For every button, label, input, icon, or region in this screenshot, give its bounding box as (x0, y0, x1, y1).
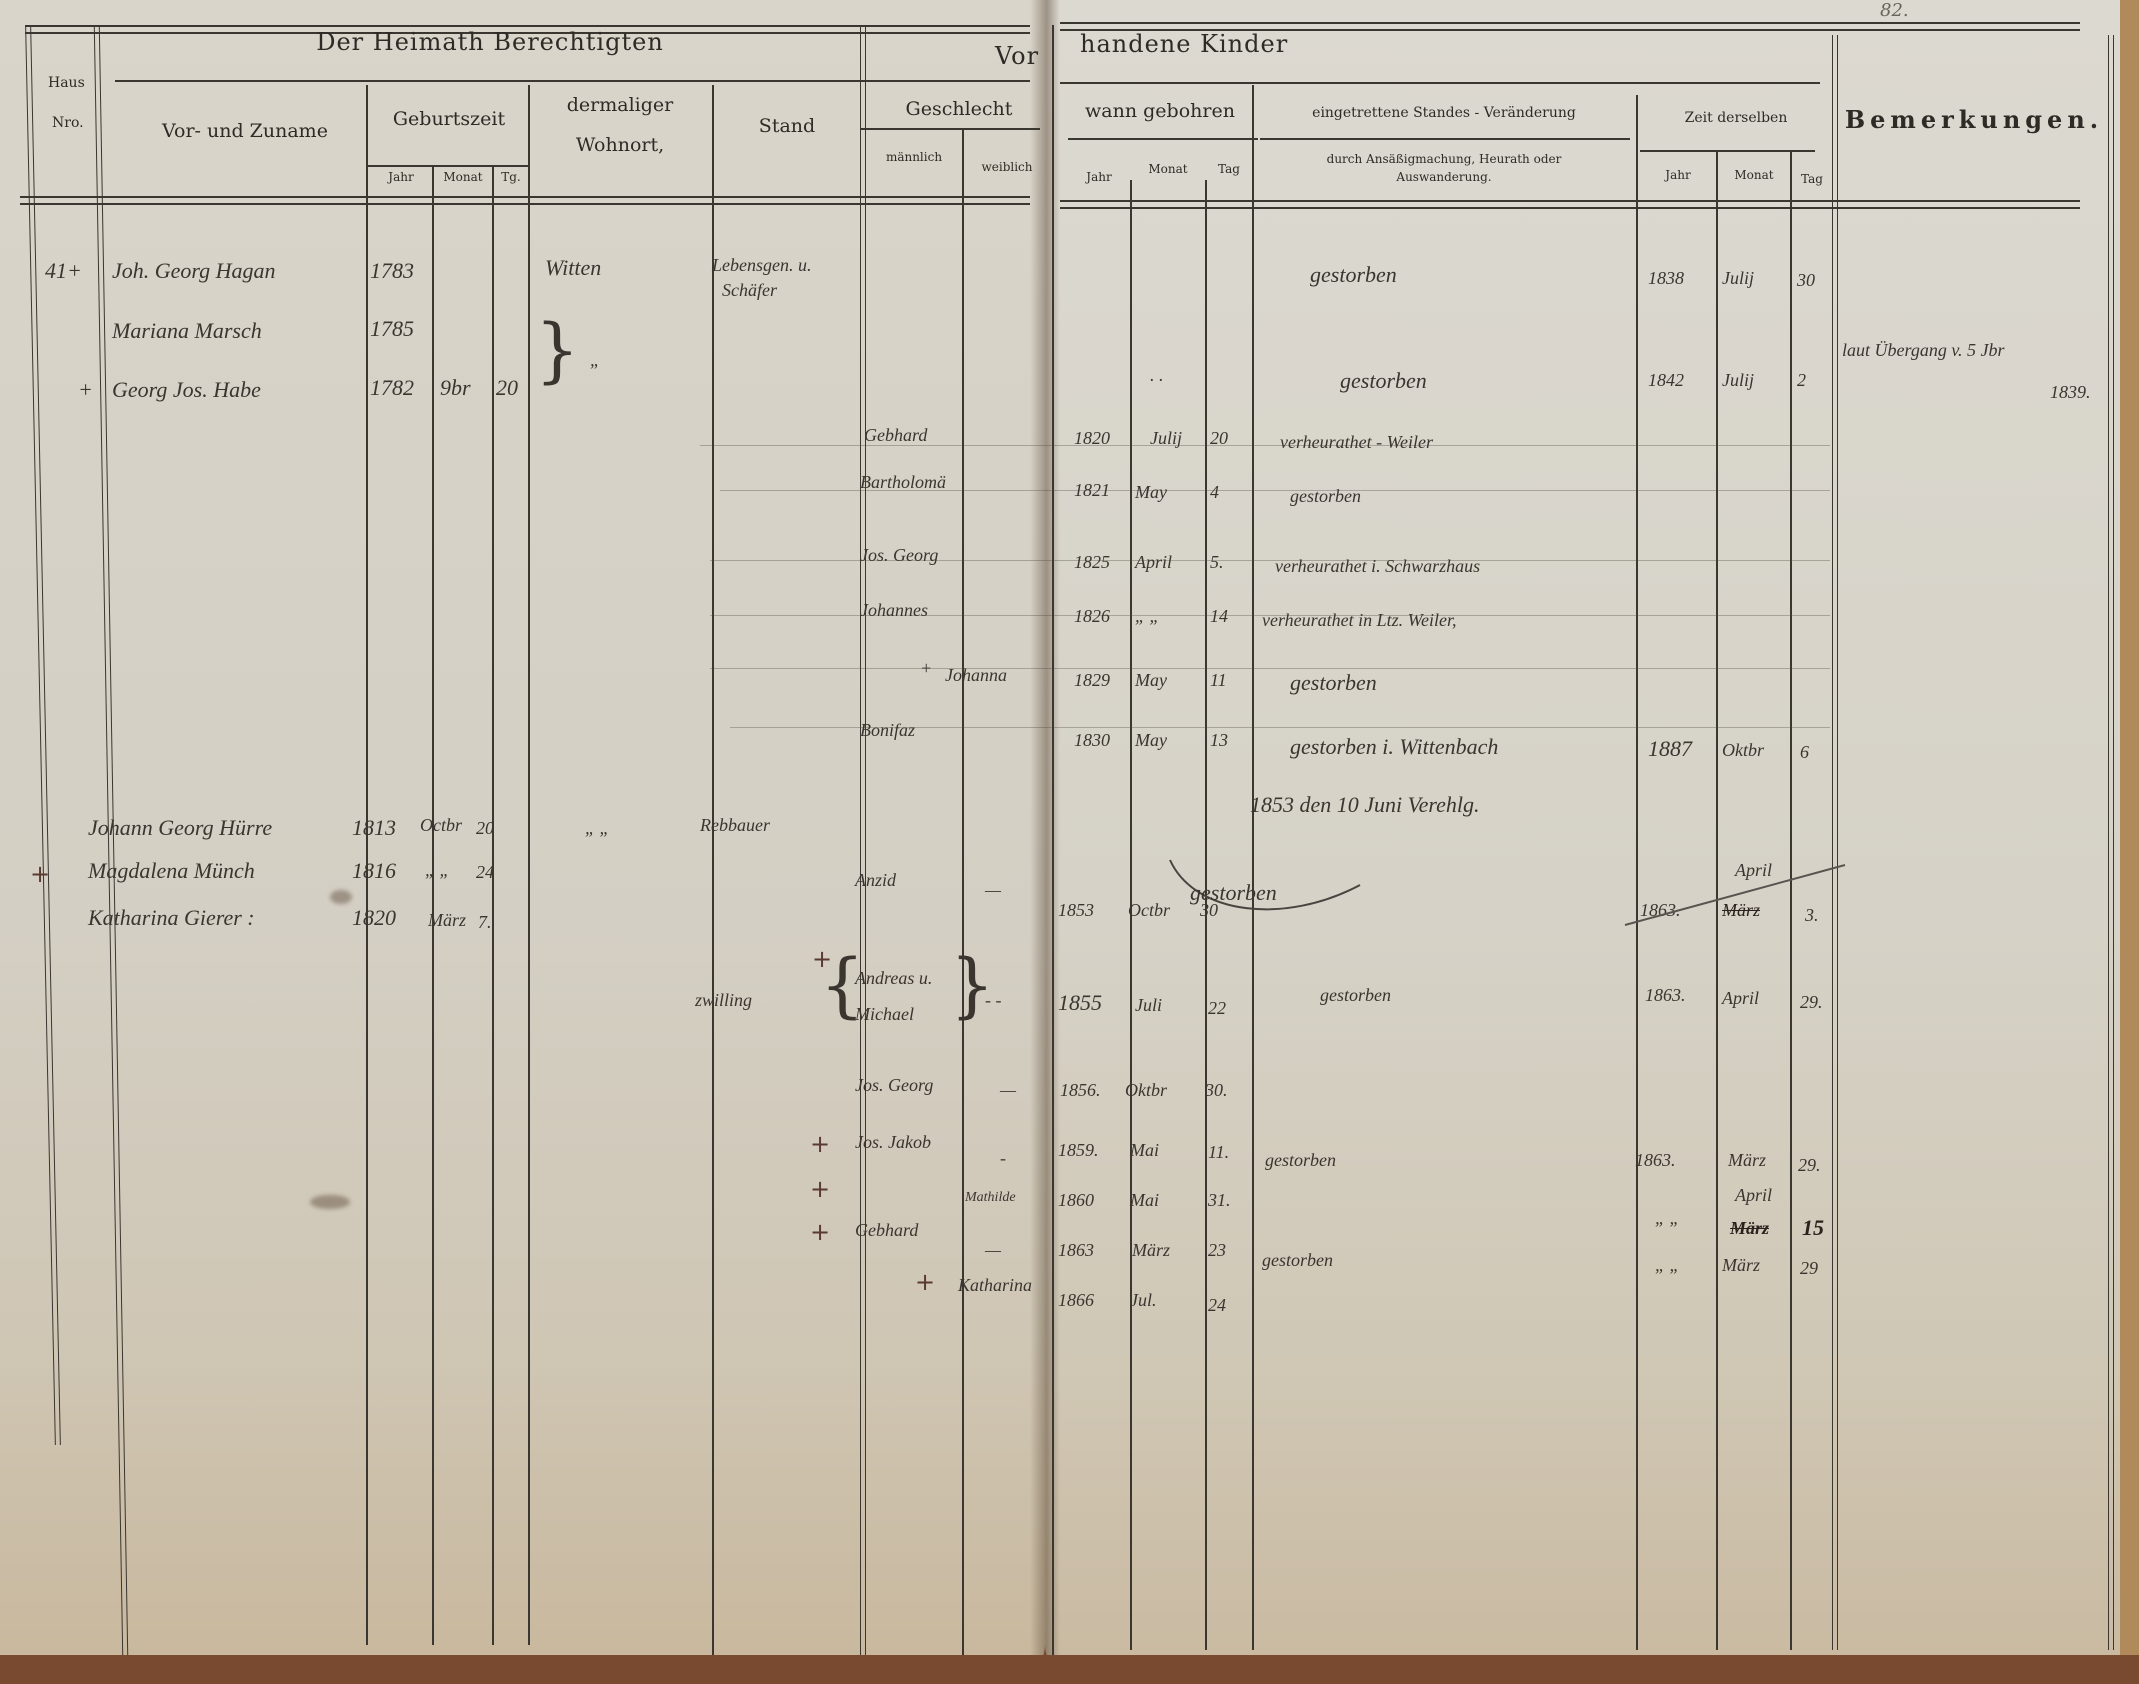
header-haus: Haus (48, 75, 85, 91)
change-day: 2 (1797, 370, 1806, 391)
child-day: 24 (1208, 1295, 1226, 1316)
child-day: 23 (1208, 1240, 1226, 1261)
change-year: 1838 (1648, 268, 1684, 289)
wohnort-ditto: „ „ (585, 818, 610, 839)
child-dash: — (985, 880, 1001, 901)
child-month: Jul. (1130, 1290, 1157, 1311)
change-month: Julij (1722, 370, 1754, 391)
parent-year: 1782 (370, 375, 414, 401)
child-male: Jos. Georg (860, 545, 938, 566)
stand: Rebbauer (700, 815, 770, 836)
parent-year: 1783 (370, 258, 414, 284)
geschlecht-subrule (860, 128, 1040, 130)
child-month: Juli (1135, 995, 1162, 1016)
child-month: April (1135, 552, 1172, 573)
right-title-vor: Vor (995, 42, 1039, 70)
column-tag (528, 85, 530, 1645)
child-month: Julij (1150, 428, 1182, 449)
child-month: May (1135, 482, 1167, 503)
header-veraenderung-sub-2: Auswanderung. (1256, 170, 1632, 184)
header-veraenderung-sub-1: durch Ansäßigmachung, Heurath oder (1256, 152, 1632, 166)
book-gutter (1030, 0, 1060, 1684)
stand-line-2: Schäfer (722, 280, 777, 301)
page-number: 82. (1880, 0, 1909, 21)
child-day: 11 (1210, 670, 1227, 691)
parent-month: „ „ (425, 860, 450, 881)
child-month: März (1132, 1240, 1170, 1261)
child-month: Oktbr (1125, 1080, 1167, 1101)
child-change: verheurathet in Ltz. Weiler, (1262, 610, 1457, 631)
change-year: 1863. (1645, 985, 1686, 1006)
child-month: May (1135, 670, 1167, 691)
wohnort: Witten (545, 255, 601, 281)
child-male-twins: Andreas u. Michael (855, 960, 955, 1032)
child-male: Jos. Jakob (855, 1132, 931, 1153)
veraenderung-subrule (1260, 138, 1630, 140)
child-day: 31. (1208, 1190, 1231, 1211)
header-wohnort-2: Wohnort, (530, 134, 710, 156)
change-day: 29 (1800, 1258, 1818, 1279)
parent-year: 1813 (352, 815, 396, 841)
pencil-rule (710, 668, 1830, 669)
death-mark: + (915, 1268, 935, 1296)
child-dash: - (1000, 1148, 1006, 1169)
column-monat (492, 165, 494, 1645)
child-month: May (1135, 730, 1167, 751)
child-dash: - - (985, 990, 1002, 1011)
parent-month: 9br (440, 375, 471, 401)
child-change: gestorben i. Wittenbach (1290, 734, 1498, 760)
ink-stain (330, 890, 352, 904)
child-change: verheurathet - Weiler (1280, 432, 1433, 453)
child-male: Gebhard (864, 425, 927, 446)
change-year: 1863. (1635, 1150, 1676, 1171)
column-stand (860, 25, 866, 1655)
header-kind-monat: Monat (1132, 162, 1204, 176)
child-change: gestorben (1290, 670, 1377, 696)
left-page-title: Der Heimath Berechtigten (290, 28, 690, 56)
child-year: 1859. (1058, 1140, 1099, 1161)
header-geb-jahr: Jahr (370, 170, 432, 184)
child-month: Mai (1130, 1140, 1159, 1161)
child-month: Mai (1130, 1190, 1159, 1211)
marriage-note: 1853 den 10 Juni Verehlg. (1250, 792, 1480, 818)
change-day: 6 (1800, 742, 1809, 763)
ditto-marks: . . (1150, 365, 1164, 386)
change-month: März (1728, 1150, 1766, 1171)
header-zeit-jahr: Jahr (1640, 168, 1716, 182)
header-wann-gebohren: wann gebohren (1070, 100, 1250, 122)
parent-day: 20 (496, 375, 518, 401)
change-day: 15 (1802, 1215, 1824, 1241)
parent-name: Katharina Gierer : (88, 905, 255, 931)
child-year: 1863 (1058, 1240, 1094, 1261)
header-geschlecht: Geschlecht (866, 98, 1052, 120)
child-year: 1829 (1074, 670, 1110, 691)
header-kind-jahr: Jahr (1070, 170, 1128, 184)
child-day: 30. (1205, 1080, 1228, 1101)
strike-line (1620, 860, 1850, 930)
parent-change: gestorben (1310, 262, 1397, 288)
bemerkung-line-1: laut Übergang v. 5 Jbr (1842, 340, 2004, 361)
parent-change: gestorben (1340, 368, 1427, 394)
right-page-title: handene Kinder (1080, 30, 1288, 58)
change-month: April (1735, 1185, 1772, 1206)
change-month: Julij (1722, 268, 1754, 289)
header-bottom-rule-right (1060, 200, 2080, 209)
parent-year: 1820 (352, 905, 396, 931)
child-day: 14 (1210, 606, 1228, 627)
child-dash: — (1000, 1080, 1016, 1101)
zeit-subrule (1640, 150, 1815, 152)
column-border-right (2108, 35, 2114, 1650)
death-mark: + (810, 1218, 830, 1246)
header-nro: Nro. (52, 115, 84, 131)
parent-year: 1816 (352, 858, 396, 884)
child-change: gestorben (1190, 880, 1277, 906)
bemerkung-line-2: 1839. (2050, 382, 2091, 403)
change-year: „ „ (1655, 1255, 1680, 1276)
child-year: 1853 (1058, 900, 1094, 921)
child-dash: — (985, 1240, 1001, 1261)
parent-name: Johann Georg Hürre (88, 815, 272, 841)
child-change: verheurathet i. Schwarzhaus (1275, 556, 1480, 577)
child-day: 4 (1210, 482, 1219, 503)
change-month: Oktbr (1722, 740, 1764, 761)
child-year: 1856. (1060, 1080, 1101, 1101)
parent-day: 24 (476, 862, 494, 883)
header-geb-monat: Monat (434, 170, 492, 184)
child-year: 1866 (1058, 1290, 1094, 1311)
death-mark: + (810, 1130, 830, 1158)
child-month: Octbr (1128, 900, 1170, 921)
column-zeit-tag (1832, 35, 1838, 1650)
header-zeit-derselben: Zeit derselben (1640, 110, 1832, 126)
header-maennlich: männlich (866, 150, 962, 164)
change-month: April (1722, 988, 1759, 1009)
twins-label: zwilling (695, 990, 752, 1011)
header-bottom-rule-left (20, 196, 1030, 205)
table-surface (0, 1655, 2139, 1684)
child-change: gestorben (1320, 985, 1391, 1006)
death-mark: + (920, 658, 932, 679)
haus-nr: 41+ (45, 258, 82, 284)
child-year: 1821 (1074, 480, 1110, 501)
header-subrule-left (115, 80, 1030, 82)
child-year: 1820 (1074, 428, 1110, 449)
cross-mark: + (30, 860, 50, 888)
child-year: 1855 (1058, 990, 1102, 1016)
child-change: gestorben (1290, 486, 1361, 507)
change-year: 1842 (1648, 370, 1684, 391)
child-year: 1826 (1074, 606, 1110, 627)
child-day: 5. (1210, 552, 1224, 573)
child-month: „ „ (1135, 606, 1160, 627)
wann-gebohren-subrule (1068, 138, 1258, 140)
header-zeit-tag: Tag (1792, 172, 1832, 186)
parent-name: Mariana Marsch (112, 318, 262, 344)
parent-name: Georg Jos. Habe (112, 377, 261, 403)
child-day: 20 (1210, 428, 1228, 449)
header-kind-tag: Tag (1207, 162, 1251, 176)
child-male: Jos. Georg (855, 1075, 933, 1096)
geburtszeit-subrule (368, 165, 528, 167)
child-male: Johannes (860, 600, 928, 621)
child-day: 22 (1208, 998, 1226, 1019)
child-year: 1830 (1074, 730, 1110, 751)
parent-day: 7. (478, 912, 492, 933)
change-day: 29. (1800, 992, 1823, 1013)
child-year: 1825 (1074, 552, 1110, 573)
stand-line-1: Lebensgen. u. (712, 255, 811, 276)
change-year: „ „ (1655, 1208, 1680, 1229)
parent-year: 1785 (370, 316, 414, 342)
child-female: Mathilde (965, 1190, 1016, 1206)
child-year: 1860 (1058, 1190, 1094, 1211)
wohnort-ditto: „ (590, 350, 600, 371)
death-mark: + (78, 377, 93, 403)
change-month: März (1722, 1255, 1760, 1276)
column-weiblich (1052, 25, 1054, 1655)
child-female: Katharina (958, 1275, 1032, 1296)
change-day: 30 (1797, 270, 1815, 291)
column-wohnort (712, 85, 714, 1655)
change-year: 1887 (1648, 736, 1692, 762)
child-change: gestorben (1262, 1250, 1333, 1271)
header-geb-tag: Tg. (494, 170, 528, 184)
child-male: Bonifaz (860, 720, 915, 741)
child-male: Bartholomä (860, 472, 946, 493)
parent-month: März (428, 910, 466, 931)
child-female: Johanna (945, 665, 1007, 686)
child-day: 13 (1210, 730, 1228, 751)
change-day: 29. (1798, 1155, 1821, 1176)
parent-day: 20 (476, 818, 494, 839)
change-month-struck: März (1730, 1218, 1769, 1239)
column-jahr (432, 165, 434, 1645)
header-geburtszeit: Geburtszeit (370, 108, 528, 130)
header-zeit-monat: Monat (1718, 168, 1790, 182)
left-page (0, 0, 1045, 1684)
child-male: Anzid (855, 870, 896, 891)
book-edge (2120, 0, 2139, 1684)
parent-month: Octbr (420, 815, 462, 836)
header-bemerkungen: Bemerkungen. (1840, 105, 2108, 134)
header-name: Vor- und Zuname (125, 120, 365, 142)
child-male: Gebhard (855, 1220, 918, 1241)
ink-stain (310, 1195, 350, 1209)
death-mark: + (810, 1175, 830, 1203)
child-day: 11. (1208, 1142, 1229, 1163)
header-veraenderung: eingetrettene Standes - Veränderung (1256, 105, 1632, 121)
header-subrule-right (1060, 82, 1820, 84)
header-wohnort-1: dermaliger (530, 94, 710, 116)
parent-name: Joh. Georg Hagan (112, 258, 276, 284)
header-weiblich: weiblich (964, 160, 1050, 174)
parent-name: Magdalena Münch (88, 858, 255, 884)
header-stand: Stand (714, 115, 860, 137)
child-change: gestorben (1265, 1150, 1336, 1171)
column-maennlich (962, 130, 964, 1655)
bracket: } (535, 315, 580, 385)
